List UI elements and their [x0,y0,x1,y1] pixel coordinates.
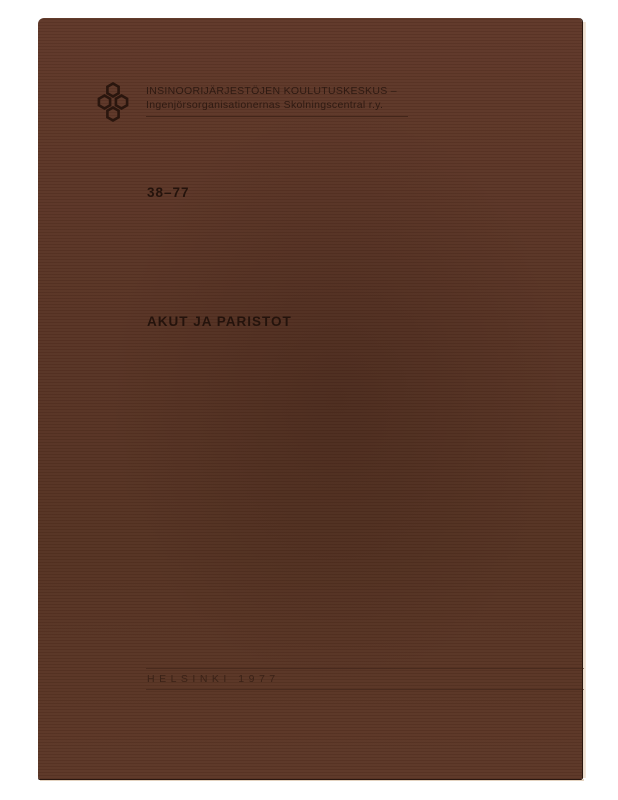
series-number: 38–77 [147,185,190,200]
page-edge-right [582,22,586,778]
footer-rule-bottom [146,689,584,690]
document-title: AKUT JA PARISTOT [147,314,292,329]
booklet-cover: INSINOORIJÄRJESTÖJEN KOULUTUSKESKUS – In… [38,18,582,779]
footer-rule-top [146,668,584,669]
imprint-place-year: HELSINKI 1977 [147,673,280,685]
four-hexagons-logo-icon [96,82,130,122]
page-edge-bottom [40,779,584,781]
organization-header: INSINOORIJÄRJESTÖJEN KOULUTUSKESKUS – In… [146,84,397,112]
organization-name-swedish: Ingenjörsorganisationernas Skolningscent… [146,98,397,112]
header-underline [146,116,408,117]
organization-name-finnish: INSINOORIJÄRJESTÖJEN KOULUTUSKESKUS – [146,84,397,98]
